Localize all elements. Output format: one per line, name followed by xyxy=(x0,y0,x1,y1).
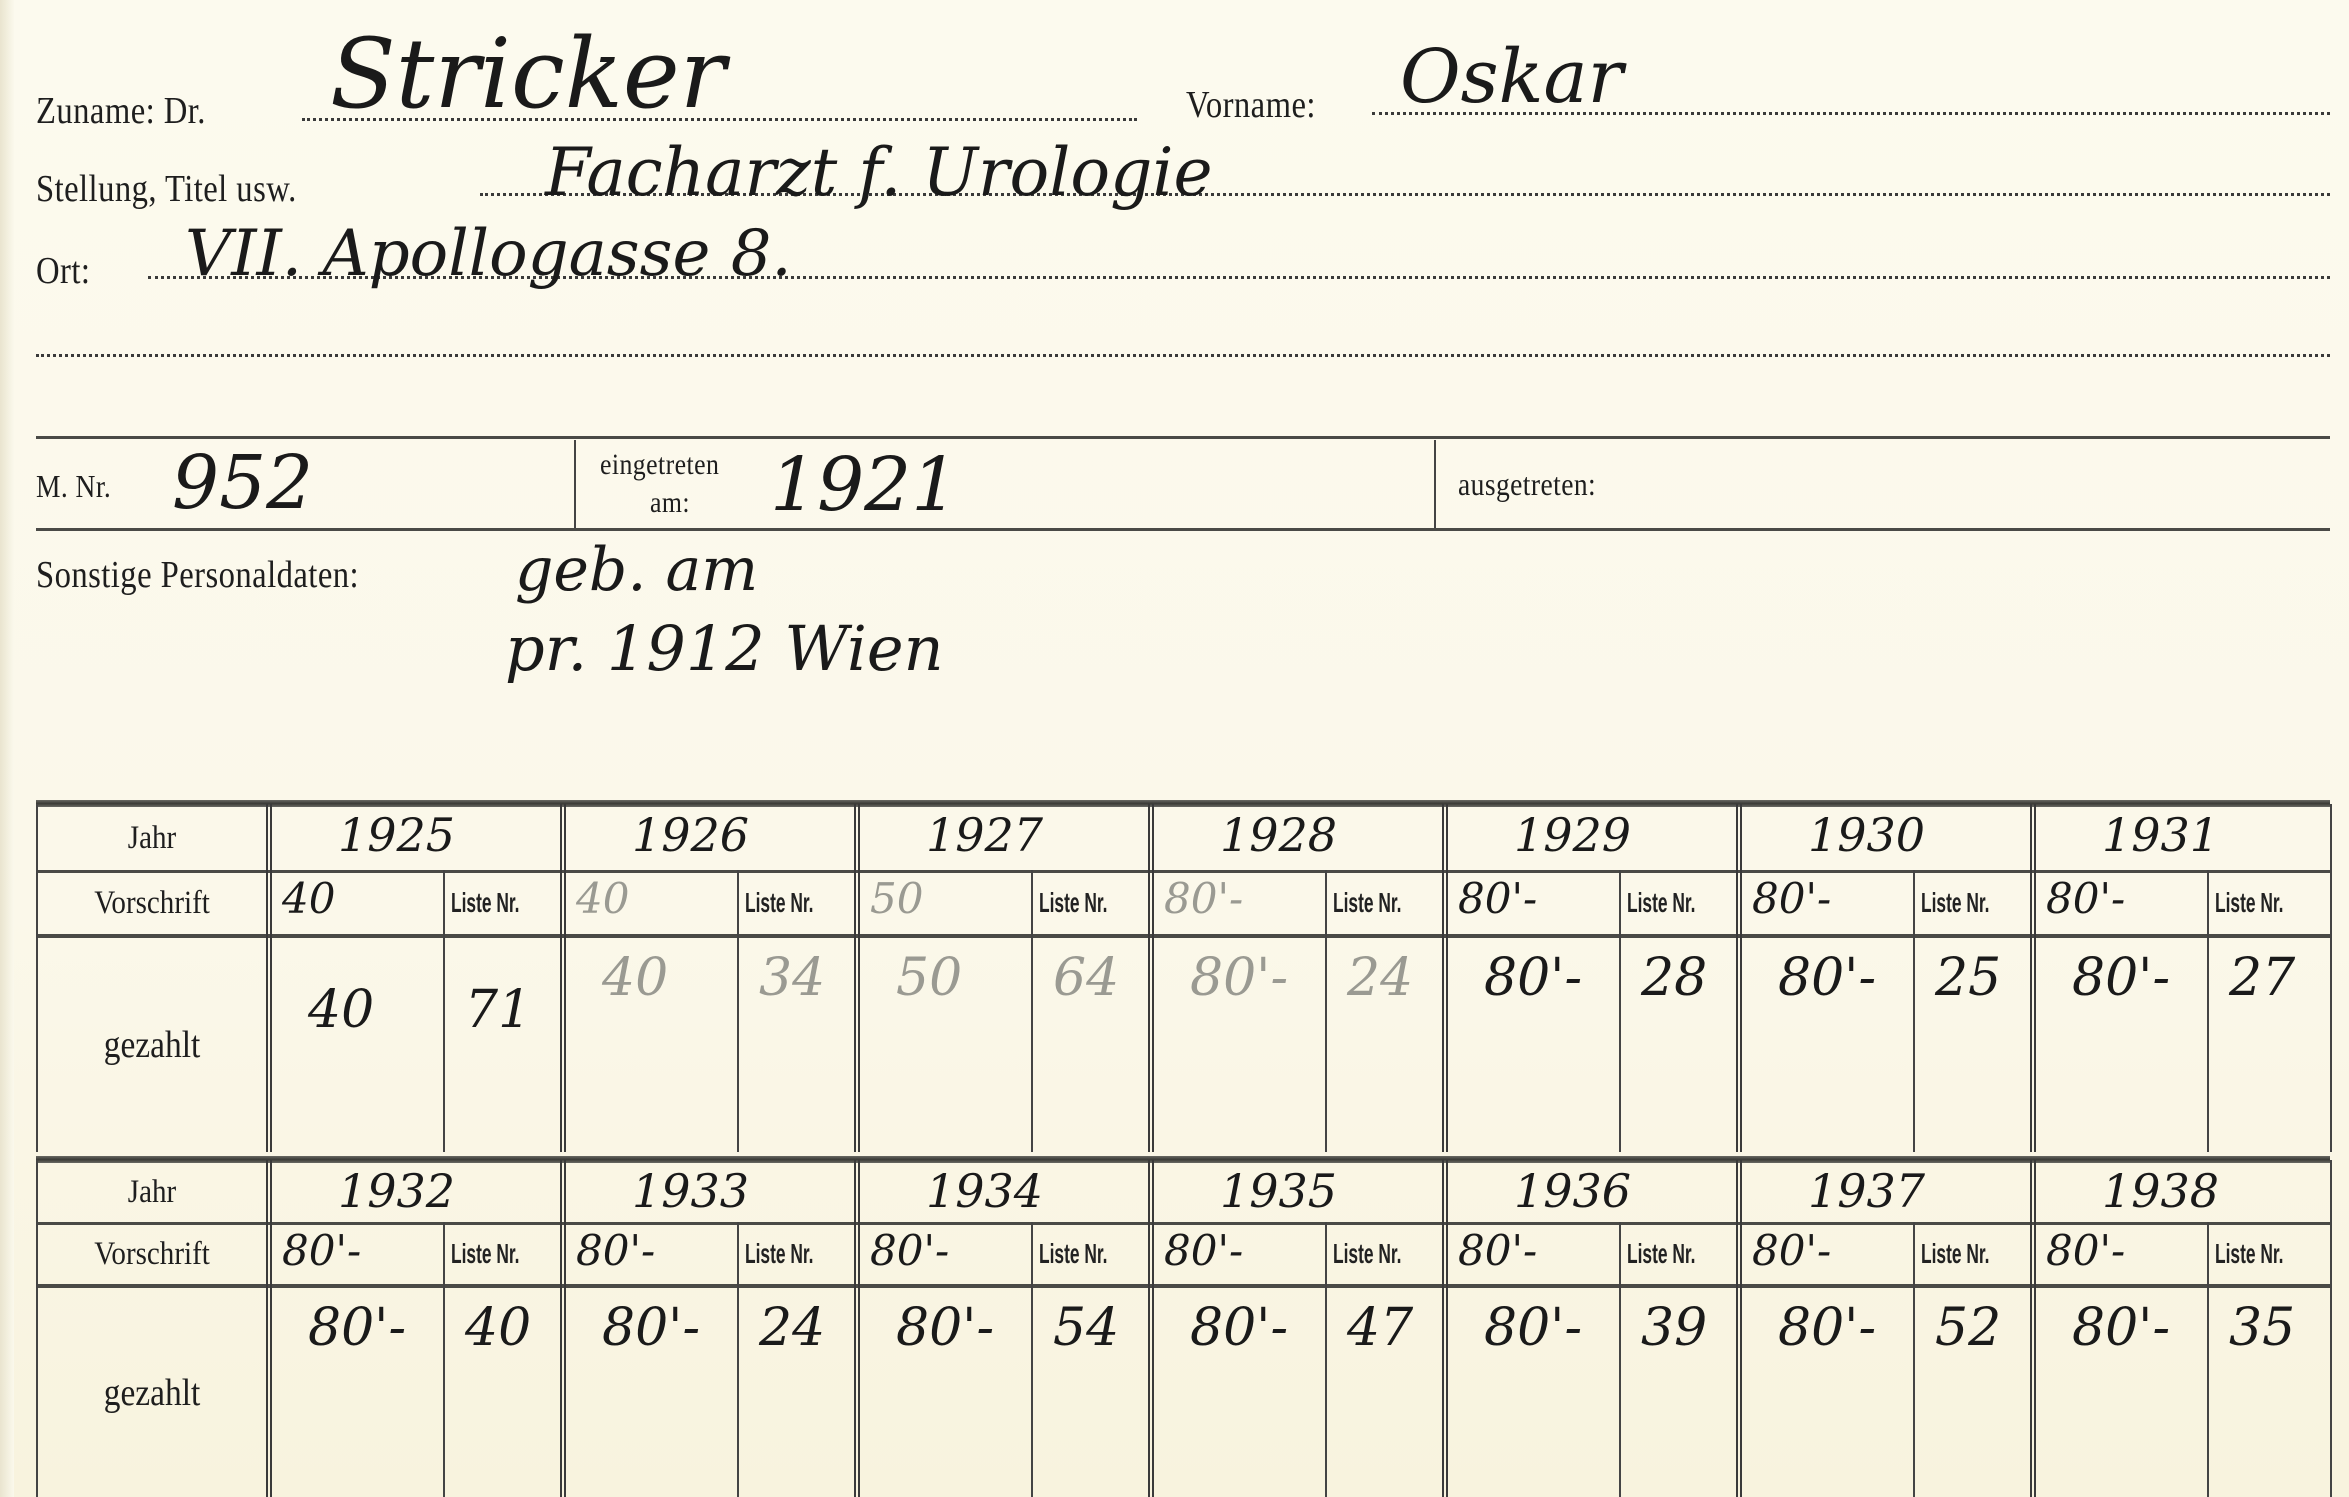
eingetreten-am-label: am: xyxy=(650,488,690,518)
year-value: 1930 xyxy=(1808,812,1925,858)
liste-column-divider xyxy=(1325,1222,1327,1497)
eingetreten-value: 1921 xyxy=(770,448,958,522)
gezahlt-value: 50 xyxy=(896,952,962,1004)
vorschrift-value: 80'- xyxy=(1164,878,1243,920)
zuname-value: Stricker xyxy=(330,26,726,122)
vorschrift-value: 40 xyxy=(282,878,335,920)
gezahlt-value: 80'- xyxy=(1778,952,1876,1004)
vorschrift-value: 40 xyxy=(576,878,629,920)
year-value: 1926 xyxy=(632,812,749,858)
vorschrift-label: Vorschrift xyxy=(50,1236,254,1273)
sonstige-label: Sonstige Personaldaten: xyxy=(36,556,359,594)
year-column-divider xyxy=(2030,804,2036,1152)
liste-nr-value: 24 xyxy=(759,1302,825,1354)
year-column-divider xyxy=(266,1160,272,1497)
vorschrift-row-rule xyxy=(36,934,2330,938)
liste-column-divider xyxy=(2207,870,2209,1152)
liste-column-divider xyxy=(737,1222,739,1497)
jahr-label: Jahr xyxy=(50,1174,254,1211)
liste-column-divider xyxy=(1031,1222,1033,1497)
year-column-divider xyxy=(854,1160,860,1497)
year-value: 1936 xyxy=(1514,1168,1631,1214)
membership-top-rule xyxy=(36,436,2330,439)
liste-nr-label: Liste Nr. xyxy=(2215,887,2284,919)
vorname-label: Vorname: xyxy=(1186,86,1316,124)
liste-nr-label: Liste Nr. xyxy=(745,1238,814,1270)
liste-nr-value: 52 xyxy=(1935,1302,2001,1354)
liste-nr-value: 54 xyxy=(1053,1302,1119,1354)
vorschrift-value: 80'- xyxy=(2046,878,2125,920)
vorname-value: Oskar xyxy=(1400,40,1623,114)
jahr-row-rule xyxy=(36,870,2330,873)
liste-nr-value: 28 xyxy=(1641,952,1707,1004)
blank-field-line xyxy=(36,354,2330,357)
year-value: 1925 xyxy=(338,812,455,858)
year-value: 1937 xyxy=(1808,1168,1925,1214)
year-column-divider xyxy=(1148,1160,1154,1497)
liste-column-divider xyxy=(1913,870,1915,1152)
liste-nr-label: Liste Nr. xyxy=(451,887,520,919)
vorschrift-value: 80'- xyxy=(1752,878,1831,920)
year-value: 1929 xyxy=(1514,812,1631,858)
jahr-row-rule xyxy=(36,1222,2330,1225)
year-column-divider xyxy=(1736,804,1742,1152)
membership-bottom-rule xyxy=(36,528,2330,531)
table-block-top-rule xyxy=(36,1156,2330,1163)
table-right-border xyxy=(2330,1160,2332,1497)
year-column-divider xyxy=(1442,1160,1448,1497)
jahr-label: Jahr xyxy=(50,820,254,857)
gezahlt-label: gezahlt xyxy=(50,1023,254,1067)
year-column-divider xyxy=(1148,804,1154,1152)
liste-nr-value: 25 xyxy=(1935,952,2001,1004)
liste-column-divider xyxy=(1619,870,1621,1152)
year-column-divider xyxy=(1442,804,1448,1152)
liste-column-divider xyxy=(2207,1222,2209,1497)
liste-nr-value: 40 xyxy=(465,1302,531,1354)
liste-nr-label: Liste Nr. xyxy=(2215,1238,2284,1270)
ausgetreten-label: ausgetreten: xyxy=(1458,468,1596,500)
ort-label: Ort: xyxy=(36,252,90,290)
liste-nr-label: Liste Nr. xyxy=(1333,1238,1402,1270)
year-value: 1932 xyxy=(338,1168,455,1214)
sonstige-value-line-2: pr. 1912 Wien xyxy=(505,618,944,680)
table-right-border xyxy=(2330,804,2332,1152)
membership-divider-2 xyxy=(1434,440,1436,528)
vorschrift-value: 80'- xyxy=(282,1230,361,1272)
year-value: 1928 xyxy=(1220,812,1337,858)
gezahlt-value: 80'- xyxy=(896,1302,994,1354)
liste-nr-label: Liste Nr. xyxy=(451,1238,520,1270)
liste-nr-label: Liste Nr. xyxy=(1921,1238,1990,1270)
liste-column-divider xyxy=(1913,1222,1915,1497)
liste-nr-label: Liste Nr. xyxy=(1039,887,1108,919)
gezahlt-value: 80'- xyxy=(602,1302,700,1354)
sonstige-value-line-1: geb. am xyxy=(515,540,758,600)
mnr-label: M. Nr. xyxy=(36,470,111,502)
year-column-divider xyxy=(560,1160,566,1497)
liste-column-divider xyxy=(1325,870,1327,1152)
liste-nr-value: 34 xyxy=(759,952,825,1004)
vorschrift-row-rule xyxy=(36,1284,2330,1288)
gezahlt-value: 80'- xyxy=(1484,1302,1582,1354)
vorschrift-value: 80'- xyxy=(1458,878,1537,920)
mnr-value: 952 xyxy=(172,446,313,520)
card-edge xyxy=(0,0,14,1497)
table-block-top-rule xyxy=(36,800,2330,807)
membership-divider-1 xyxy=(574,440,576,528)
year-value: 1927 xyxy=(926,812,1043,858)
year-column-divider xyxy=(2030,1160,2036,1497)
year-value: 1938 xyxy=(2102,1168,2219,1214)
year-column-divider xyxy=(560,804,566,1152)
ort-value: VII. Apollogasse 8. xyxy=(185,222,792,286)
liste-nr-value: 24 xyxy=(1347,952,1413,1004)
year-column-divider xyxy=(854,804,860,1152)
gezahlt-value: 80'- xyxy=(1190,1302,1288,1354)
liste-nr-value: 39 xyxy=(1641,1302,1707,1354)
gezahlt-value: 80'- xyxy=(2072,1302,2170,1354)
liste-column-divider xyxy=(1031,870,1033,1152)
gezahlt-value: 80'- xyxy=(1484,952,1582,1004)
year-value: 1933 xyxy=(632,1168,749,1214)
liste-nr-value: 71 xyxy=(465,984,531,1036)
year-column-divider xyxy=(266,804,272,1152)
liste-nr-label: Liste Nr. xyxy=(1627,887,1696,919)
vorschrift-value: 80'- xyxy=(576,1230,655,1272)
gezahlt-value: 80'- xyxy=(308,1302,406,1354)
gezahlt-value: 80'- xyxy=(1778,1302,1876,1354)
eingetreten-label: eingetreten xyxy=(600,450,719,480)
stellung-label: Stellung, Titel usw. xyxy=(36,170,297,208)
vorschrift-value: 50 xyxy=(870,878,923,920)
liste-nr-value: 47 xyxy=(1347,1302,1413,1354)
year-value: 1934 xyxy=(926,1168,1043,1214)
liste-nr-value: 64 xyxy=(1053,952,1119,1004)
year-column-divider xyxy=(1736,1160,1742,1497)
year-value: 1935 xyxy=(1220,1168,1337,1214)
vorschrift-value: 80'- xyxy=(2046,1230,2125,1272)
table-left-border xyxy=(36,1160,38,1497)
liste-nr-label: Liste Nr. xyxy=(1921,887,1990,919)
gezahlt-value: 40 xyxy=(602,952,668,1004)
year-value: 1931 xyxy=(2102,812,2219,858)
liste-nr-label: Liste Nr. xyxy=(1039,1238,1108,1270)
liste-nr-label: Liste Nr. xyxy=(1627,1238,1696,1270)
vorschrift-label: Vorschrift xyxy=(50,885,254,922)
gezahlt-value: 80'- xyxy=(1190,952,1288,1004)
liste-column-divider xyxy=(737,870,739,1152)
liste-nr-label: Liste Nr. xyxy=(1333,887,1402,919)
liste-column-divider xyxy=(443,870,445,1152)
member-index-card: Zuname: Dr. Stricker Vorname: Oskar Stel… xyxy=(0,0,2349,1497)
vorschrift-value: 80'- xyxy=(1164,1230,1243,1272)
liste-nr-value: 27 xyxy=(2229,952,2295,1004)
vorschrift-value: 80'- xyxy=(870,1230,949,1272)
table-left-border xyxy=(36,804,38,1152)
liste-nr-label: Liste Nr. xyxy=(745,887,814,919)
liste-column-divider xyxy=(443,1222,445,1497)
vorschrift-value: 80'- xyxy=(1458,1230,1537,1272)
gezahlt-value: 40 xyxy=(308,984,374,1036)
liste-column-divider xyxy=(1619,1222,1621,1497)
zuname-label: Zuname: Dr. xyxy=(36,92,206,130)
liste-nr-value: 35 xyxy=(2229,1302,2295,1354)
gezahlt-label: gezahlt xyxy=(50,1371,254,1415)
vorschrift-value: 80'- xyxy=(1752,1230,1831,1272)
gezahlt-value: 80'- xyxy=(2072,952,2170,1004)
stellung-value: Facharzt f. Urologie xyxy=(545,140,1213,206)
